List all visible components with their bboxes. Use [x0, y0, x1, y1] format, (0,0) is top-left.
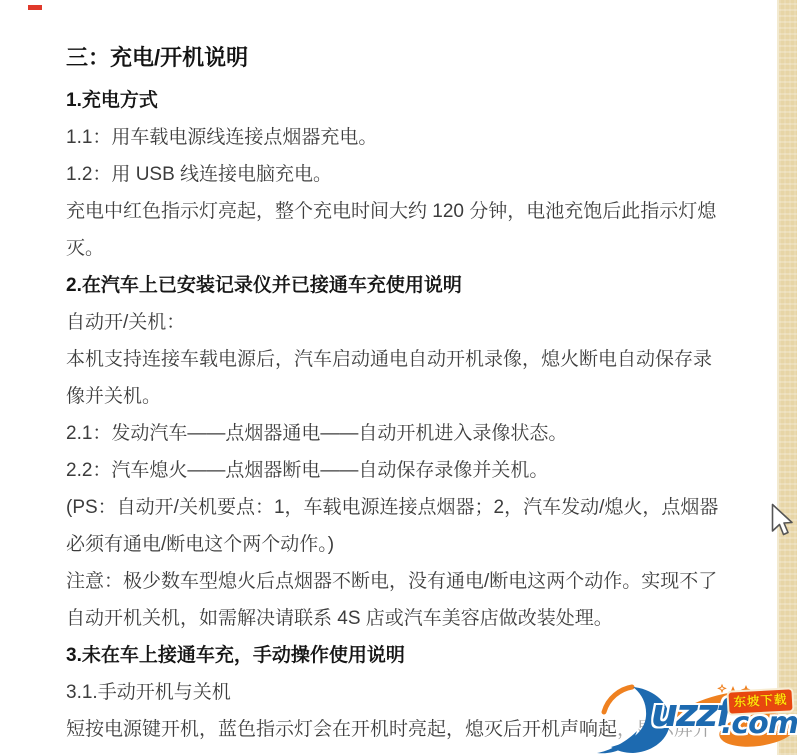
paragraph-text: 自动开/关机： — [66, 312, 185, 333]
badge-text: 东坡下载 — [733, 694, 788, 709]
paragraph-text: 注意：极少数车型熄火后点烟器不断电，没有通电/断电这两个动作。实现不了自动开机关… — [66, 571, 717, 629]
doc-paragraph: 充电中红色指示灯亮起，整个充电时间大约 120 分钟，电池充饱后此指示灯熄灭。 — [66, 193, 728, 267]
doc-blocks: 1.充电方式1.1：用车载电源线连接点烟器充电。1.2：用 USB 线连接电脑充… — [66, 82, 728, 748]
paragraph-text: 2.在汽车上已安装记录仪并已接通车充使用说明 — [66, 275, 462, 296]
paragraph-text: 2.2：汽车熄火——点烟器断电——自动保存录像并关机。 — [66, 460, 548, 481]
paragraph-text: 3.未在车上接通车充，手动操作使用说明 — [66, 645, 405, 666]
paragraph-text: 短按电源键开机，蓝色指示灯会在开机时亮起，熄灭后开机声响起 — [66, 719, 617, 740]
logo-brand-text: uzzf — [651, 691, 731, 735]
doc-paragraph: 注意：极少数车型熄火后点烟器不断电，没有通电/断电这两个动作。实现不了自动开机关… — [66, 563, 728, 637]
doc-heading: 2.在汽车上已安装记录仪并已接通车充使用说明 — [66, 267, 728, 304]
doc-paragraph: 1.2：用 USB 线连接电脑充电。 — [66, 156, 728, 193]
paragraph-text: (PS：自动开/关机要点：1，车载电源连接点烟器；2，汽车发动/熄火，点烟器必须… — [66, 497, 718, 555]
paragraph-text: 1.2：用 USB 线连接电脑充电。 — [66, 164, 332, 185]
red-annotation-mark — [28, 5, 42, 10]
doc-paragraph: 1.1：用车载电源线连接点烟器充电。 — [66, 119, 728, 156]
paragraph-text: 充电中红色指示灯亮起，整个充电时间大约 120 分钟，电池充饱后此指示灯熄灭。 — [66, 201, 716, 259]
doc-paragraph: 本机支持连接车载电源后，汽车启动通电自动开机录像，熄火断电自动保存录像并关机。 — [66, 341, 728, 415]
doc-paragraph: 2.2：汽车熄火——点烟器断电——自动保存录像并关机。 — [66, 452, 728, 489]
paragraph-text: 3.1.手动开机与关机 — [66, 682, 231, 703]
paragraph-text: 1.1：用车载电源线连接点烟器充电。 — [66, 127, 377, 148]
doc-heading: 3.未在车上接通车充，手动操作使用说明 — [66, 637, 728, 674]
doc-paragraph: 2.1：发动汽车——点烟器通电——自动开机进入录像状态。 — [66, 415, 728, 452]
manual-page: 三：充电/开机说明 1.充电方式1.1：用车载电源线连接点烟器充电。1.2：用 … — [66, 44, 728, 748]
paragraph-text: 1.充电方式 — [66, 90, 158, 111]
doc-paragraph: (PS：自动开/关机要点：1，车载电源连接点烟器；2，汽车发动/熄火，点烟器必须… — [66, 489, 728, 563]
mouse-cursor-icon — [771, 503, 794, 537]
page-title: 三：充电/开机说明 — [66, 44, 728, 72]
uzzf-watermark-logo: uzzf .com 东坡下载 — [595, 685, 797, 755]
paragraph-text: 2.1：发动汽车——点烟器通电——自动开机进入录像状态。 — [66, 423, 567, 444]
doc-heading: 1.充电方式 — [66, 82, 728, 119]
paragraph-text: 本机支持连接车载电源后，汽车启动通电自动开机录像，熄火断电自动保存录像并关机。 — [66, 349, 712, 407]
doc-paragraph: 自动开/关机： — [66, 304, 728, 341]
desk-background-strip — [777, 0, 797, 755]
page: { "page": { "background": "#ffffff", "ed… — [0, 0, 797, 755]
download-badge: 东坡下载 — [726, 687, 794, 715]
